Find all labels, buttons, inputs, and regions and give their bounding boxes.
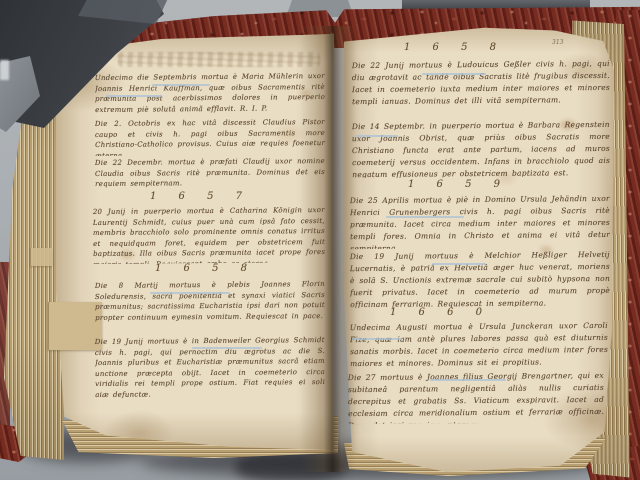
year-heading: 1 6 5 9 xyxy=(408,179,548,190)
pencil-underline-mark xyxy=(430,379,506,381)
burial-entry: Die 19 Junij mortuus è Melchior Heßliger… xyxy=(350,249,610,308)
pencil-underline-mark xyxy=(386,216,464,218)
burial-entry: Die 2. Octobris ex hac vitâ discessit Cl… xyxy=(95,117,325,156)
year-heading: 1 6 5 8 xyxy=(155,263,295,274)
pencil-underline-mark xyxy=(106,95,162,97)
right-folio-number: 313 xyxy=(552,39,563,46)
burial-entry: Die 22 Junij mortuus è Ludouicus Geßler … xyxy=(352,58,610,117)
clamp-glint xyxy=(0,60,9,80)
year-heading: 1 6 6 0 xyxy=(390,307,520,318)
burial-entry: Undecima Augusti mortua è Ursula Juncker… xyxy=(350,320,608,370)
repair-patch-small xyxy=(30,248,52,266)
ink-bleedthrough xyxy=(118,52,320,67)
pencil-underline-mark xyxy=(352,338,402,340)
pencil-underline-mark xyxy=(152,84,210,86)
year-heading: 1 6 5 8 xyxy=(404,42,544,53)
burial-entry: Die 25 Aprilis mortua è piè in Domino Ur… xyxy=(350,193,610,249)
burial-entry: Die 8 Martij mortuus è plebis Joannes Fl… xyxy=(95,279,325,334)
burial-entry: 20 Junij in puerperio mortua è Catharina… xyxy=(93,205,325,264)
burial-entry: Die 22 Decembr. mortua è præfati Claudij… xyxy=(95,156,325,192)
pencil-underline-mark xyxy=(356,135,398,137)
year-heading: 1 6 5 7 xyxy=(150,191,290,202)
pencil-underline-mark xyxy=(422,73,486,75)
pencil-underline-mark xyxy=(150,292,230,294)
pencil-underline-mark xyxy=(432,263,486,265)
manuscript-photo: 1852 X Undecimo die Septembris mortua è … xyxy=(0,0,640,480)
burial-entry: Die 19 Junij mortuus è in Badenweiler Ge… xyxy=(95,335,326,403)
pencil-underline-mark xyxy=(192,347,262,349)
burial-entry: Die 14 Septembr. in puerperio mortua è B… xyxy=(352,119,610,178)
